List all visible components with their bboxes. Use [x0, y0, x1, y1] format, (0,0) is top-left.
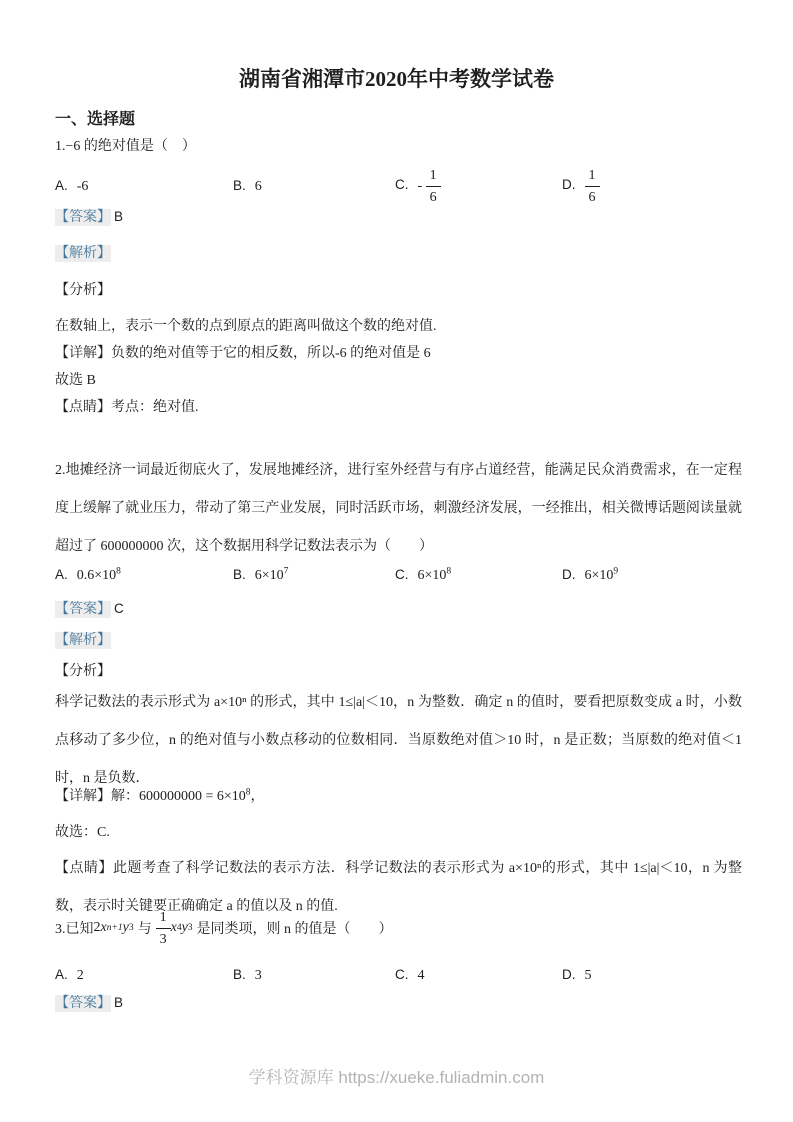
- q1-jiexi-line: 【解析】: [55, 243, 742, 265]
- q2-option-a: A.0.6×108: [55, 567, 233, 584]
- q3-stem: 3.已知 2xn+1y3 与 13 x4y3 是同类项，则 n 的值是（ ）: [55, 904, 742, 952]
- fraction: 16: [426, 166, 441, 207]
- option-value: -6: [77, 179, 89, 194]
- fraction-numerator: 1: [156, 908, 171, 929]
- variable-y: y: [182, 920, 188, 936]
- option-label: C.: [395, 567, 409, 582]
- answer-tag: 【答案】: [55, 209, 111, 226]
- q1-answer-line: 【答案】B: [55, 206, 742, 229]
- q3-answer-line: 【答案】B: [55, 992, 742, 1015]
- xiangjie-tag: 【详解】: [55, 346, 111, 361]
- q2-answer-letter: C: [114, 601, 124, 616]
- q3-option-c: C.4: [395, 967, 562, 984]
- q1-answer-letter: B: [114, 209, 123, 224]
- q1-options: A.-6 B.6 C.- 16 D.16: [55, 161, 742, 211]
- site-watermark: 学科资源库 https://xueke.fuliadmin.com: [0, 1066, 793, 1090]
- q3-answer-letter: B: [114, 995, 123, 1010]
- q3-stem-suffix: 是同类项，则 n 的值是（ ）: [197, 918, 393, 938]
- q1-option-a: A.-6: [55, 178, 233, 195]
- fraction: 16: [585, 166, 600, 207]
- option-label: A.: [55, 967, 68, 982]
- fraction-numerator: 1: [585, 166, 600, 187]
- page-title: 湖南省湘潭市2020年中考数学试卷: [0, 64, 793, 94]
- conjunction: 与: [138, 918, 152, 938]
- coefficient: 2: [94, 920, 101, 936]
- option-label: D.: [562, 967, 576, 982]
- exponent: 9: [613, 566, 618, 576]
- q2-option-c: C.6×108: [395, 567, 562, 584]
- q1-option-d: D.16: [562, 166, 742, 207]
- xiangjie-tag: 【详解】: [55, 789, 111, 804]
- q1-option-b: B.6: [233, 178, 395, 195]
- q2-option-d: D.6×109: [562, 567, 742, 584]
- fenxi-tag: 【分析】: [55, 283, 111, 298]
- q3-option-b: B.3: [233, 967, 395, 984]
- q2-xiangjie-suffix: ，: [251, 789, 265, 804]
- variable-y: y: [123, 920, 129, 936]
- exponent: 7: [284, 566, 289, 576]
- option-value: 6×10: [418, 568, 447, 583]
- q2-fenxi-text: 科学记数法的表示形式为 a×10ⁿ 的形式，其中 1≤|a|＜10，n 为整数．…: [55, 684, 742, 798]
- option-value: 0.6×10: [77, 568, 116, 583]
- q1-guxuan: 故选 B: [55, 370, 742, 392]
- exponent: 8: [446, 566, 451, 576]
- option-label: D.: [562, 177, 576, 192]
- q2-jiexi-line: 【解析】: [55, 630, 742, 652]
- q2-options: A.0.6×108 B.6×107 C.6×108 D.6×109: [55, 558, 742, 592]
- q1-xiangjie-text: 负数的绝对值等于它的相反数，所以-6 的绝对值是 6: [111, 346, 431, 361]
- option-label: B.: [233, 967, 246, 982]
- option-label: C.: [395, 177, 409, 192]
- option-label: C.: [395, 967, 409, 982]
- option-label: B.: [233, 178, 246, 193]
- q3-options: A.2 B.3 C.4 D.5: [55, 960, 742, 990]
- q2-stem: 2.地摊经济一词最近彻底火了，发展地摊经济，进行室外经营与有序占道经营，能满足民…: [55, 452, 742, 566]
- fraction: 13: [156, 908, 171, 949]
- fenxi-tag: 【分析】: [55, 664, 111, 679]
- q2-fenxi-line: 【分析】: [55, 661, 742, 683]
- q3-option-a: A.2: [55, 967, 233, 984]
- option-value: 6: [255, 179, 262, 194]
- fraction-denominator: 3: [156, 929, 171, 949]
- exponent: 8: [116, 566, 121, 576]
- q2-option-b: B.6×107: [233, 567, 395, 584]
- q2-guxuan: 故选：C.: [55, 822, 742, 844]
- q2-xiangjie-line: 【详解】解：600000000 = 6×108，: [55, 786, 742, 808]
- option-value: 4: [418, 968, 425, 983]
- fraction-numerator: 1: [426, 166, 441, 187]
- fraction-denominator: 6: [585, 187, 600, 207]
- option-value: 5: [585, 968, 592, 983]
- variable-x: x: [171, 920, 177, 936]
- fraction-denominator: 6: [426, 187, 441, 207]
- option-value: 6×10: [255, 568, 284, 583]
- jiexi-tag: 【解析】: [55, 245, 111, 262]
- q1-fenxi-line: 【分析】: [55, 280, 742, 302]
- q1-dianjing-text: 考点：绝对值.: [111, 400, 199, 415]
- option-label: A.: [55, 178, 68, 193]
- answer-tag: 【答案】: [55, 601, 111, 618]
- q1-fenxi-text: 在数轴上，表示一个数的点到原点的距离叫做这个数的绝对值.: [55, 316, 742, 338]
- option-label: A.: [55, 567, 68, 582]
- option-value: 3: [255, 968, 262, 983]
- answer-tag: 【答案】: [55, 995, 111, 1012]
- q2-answer-line: 【答案】C: [55, 598, 742, 621]
- option-label: B.: [233, 567, 246, 582]
- section-heading: 一、选择题: [55, 108, 742, 132]
- q1-option-c: C.- 16: [395, 166, 562, 207]
- option-label: D.: [562, 567, 576, 582]
- q1-dianjing-line: 【点睛】考点：绝对值.: [55, 397, 742, 419]
- minus-sign: -: [418, 178, 426, 193]
- option-value: 2: [77, 968, 84, 983]
- q3-option-d: D.5: [562, 967, 742, 984]
- q3-stem-prefix: 3.已知: [55, 918, 94, 938]
- dianjing-tag: 【点睛】: [55, 861, 113, 876]
- option-value: 6×10: [585, 568, 614, 583]
- q1-stem: 1.−6 的绝对值是（ ）: [55, 136, 742, 158]
- q1-xiangjie-line: 【详解】负数的绝对值等于它的相反数，所以-6 的绝对值是 6: [55, 343, 742, 365]
- q2-xiangjie-math: 600000000 = 6×10: [139, 789, 246, 804]
- dianjing-tag: 【点睛】: [55, 400, 111, 415]
- q2-xiangjie-prefix: 解：: [111, 789, 139, 804]
- jiexi-tag: 【解析】: [55, 632, 111, 649]
- variable-x: x: [101, 920, 107, 936]
